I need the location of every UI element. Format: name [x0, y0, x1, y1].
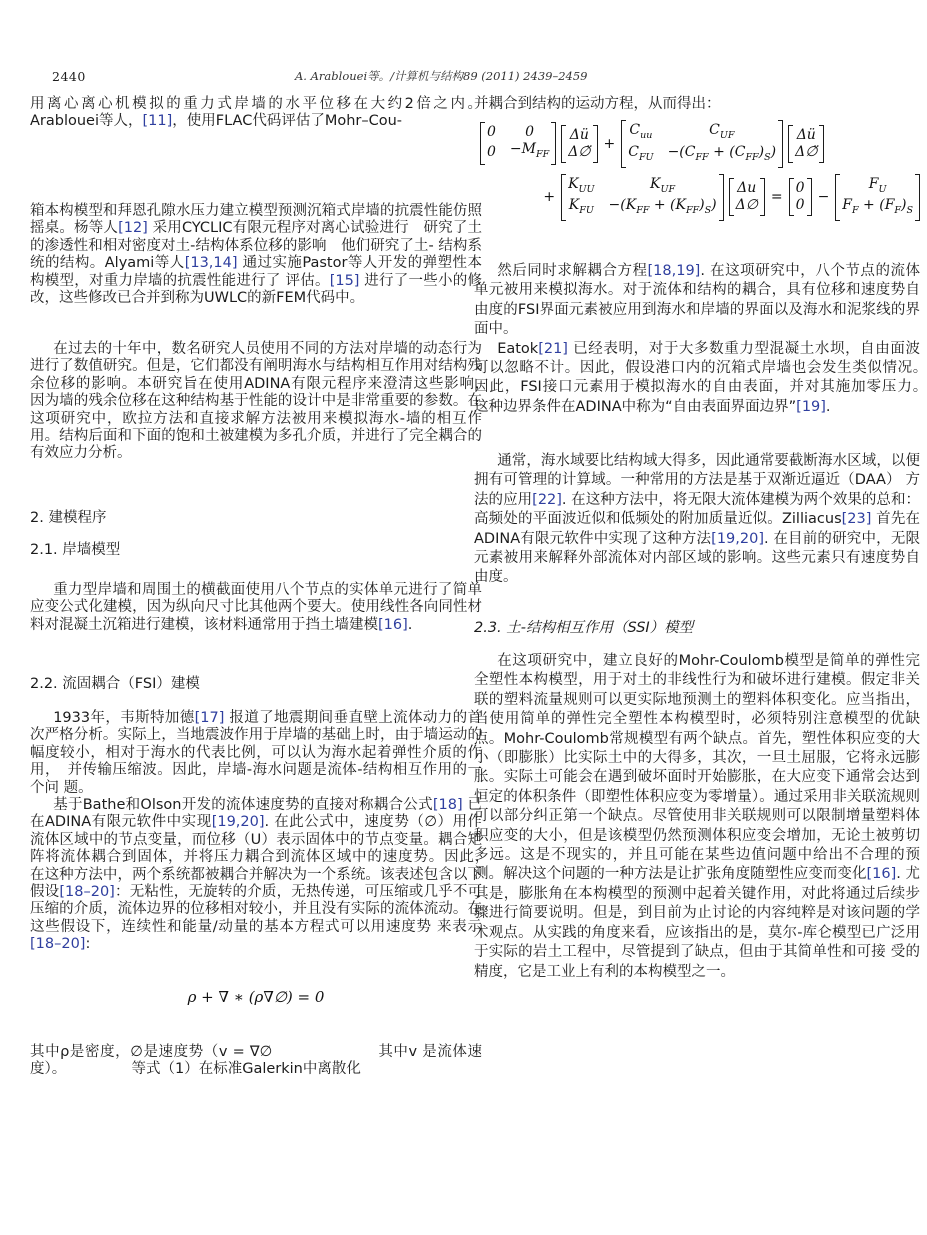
citation-link[interactable]: [19,20] [711, 531, 764, 547]
paragraph: Eatok[21] 已经表明，对于大多数重力型混凝土水坝，自由面波可以忽略不计。… [474, 340, 920, 418]
paragraph: 在过去的十年中，数名研究人员使用不同的方法对岸墙的动态行为进行了数值研究。但是，… [30, 341, 482, 463]
matrix-cell: KUF [650, 176, 675, 198]
citation-link[interactable]: [18] [433, 797, 463, 813]
text-segment: . [408, 617, 413, 633]
paper-page: 2440 A. Arablouei等。/计算机与结构89 (2011) 2439… [0, 0, 927, 1235]
equation-line-2: + KUU KUF KFU −(KFF + (KFF)S) Δu Δ∅ = 0 … [480, 174, 920, 222]
vector-cell: FF + (FF)S [842, 197, 913, 219]
paragraph: 其中ρ是密度，∅是速度势（v = ∇∅ 其中v 是流体速度）。 等式（1）在标准… [30, 1044, 482, 1079]
vector-cell: Δ∅̈ [568, 144, 590, 161]
paragraph: 箱本构模型和拜恩孔隙水压力建立模型预测沉箱式岸墙的抗震性能仿照摇桌。杨等人[12… [30, 203, 482, 307]
vector-cell: Δu [737, 180, 756, 197]
vector-disp: Δu Δ∅ [729, 178, 765, 216]
citation-link[interactable]: [18,19] [648, 263, 701, 279]
text-segment: . [826, 399, 831, 415]
left-paragraph-4: 重力型岸墙和周围土的横截面使用八个节点的实体单元进行了简单应变公式化建模，因为纵… [30, 582, 482, 634]
matrix-cell: 0 [487, 124, 496, 141]
citation-link[interactable]: [21] [538, 341, 568, 357]
citation-link[interactable]: [17] [195, 710, 225, 726]
text-segment: 重力型岸墙和周围土的横截面使用八个节点的实体单元进行了简单应变公式化建模，因为纵… [30, 582, 482, 633]
citation-link[interactable]: [19] [796, 399, 826, 415]
text-segment: 在这项研究中，建立良好的Mohr-Coulomb模型是简单的弹性完全塑性本构模型… [474, 653, 920, 882]
vector-accel: Δü Δ∅̈ [788, 125, 824, 163]
matrix-cell: KFU [569, 197, 594, 219]
page-number: 2440 [52, 69, 86, 84]
matrix-cell: CUF [709, 122, 734, 144]
matrix-stiffness: KUU KUF KFU −(KFF + (KFF)S) [561, 174, 724, 222]
citation-link[interactable]: [18–20] [30, 936, 85, 952]
matrix-cell: Cuu [629, 122, 652, 144]
vector-force: FU FF + (FF)S [835, 174, 920, 222]
vector-cell: Δü [570, 127, 589, 144]
left-paragraph-7: 其中ρ是密度，∅是速度势（v = ∇∅ 其中v 是流体速度）。 等式（1）在标准… [30, 1044, 482, 1079]
text-segment: . 尤其是，膨胀角在本构模型的预测中起着关键作用，对此将通过后续步骤进行简要说明… [474, 866, 920, 979]
section-heading-2-3: 2.3. 土-结构相互作用（SSI）模型 [474, 616, 693, 637]
plus-operator: + [542, 189, 556, 205]
paragraph: 1933年，韦斯特加德[17] 报道了地震期间垂直壁上流体动力的首次严格分析。实… [30, 710, 482, 797]
matrix-cell: −MFF [510, 141, 549, 163]
text-segment: 基于Bathe和Olson开发的流体速度势的直接对称耦合公式 [53, 797, 433, 813]
text-segment: 其中ρ是密度，∅是速度势（v = ∇∅ 其中v 是流体速度）。 等式（1）在标准… [30, 1044, 482, 1077]
citation-link[interactable]: [16] [866, 866, 896, 882]
vector-cell: Δ∅ [736, 197, 758, 214]
paragraph: 用离心离心机模拟的重力式岸墙的水平位移在大约2倍之内。Arablouei等人，[… [30, 96, 482, 131]
vector-accel: Δü Δ∅̈ [561, 125, 597, 163]
matrix-cell: CFU [628, 144, 653, 166]
matrix-cell: KUU [568, 176, 594, 198]
right-paragraph-4: 在这项研究中，建立良好的Mohr-Coulomb模型是简单的弹性完全塑性本构模型… [474, 652, 920, 982]
citation-link[interactable]: [12] [118, 220, 148, 236]
citation-link[interactable]: [11] [143, 113, 173, 129]
right-intro-line: 并耦合到结构的运动方程，从而得出： [474, 96, 920, 113]
section-heading-2-1: 2.1. 岸墙模型 [30, 538, 120, 559]
text-segment: : [85, 936, 90, 952]
right-paragraph-1-2: 然后同时求解耦合方程[18,19]. 在这项研究中，八个节点的流体单元被用来模拟… [474, 262, 920, 417]
citation-link[interactable]: [19,20] [212, 814, 265, 830]
citation-link[interactable]: [23] [842, 511, 872, 527]
paragraph: 然后同时求解耦合方程[18,19]. 在这项研究中，八个节点的流体单元被用来模拟… [474, 262, 920, 340]
paragraph: 重力型岸墙和周围土的横截面使用八个节点的实体单元进行了简单应变公式化建模，因为纵… [30, 582, 482, 634]
matrix-damping: Cuu CUF CFU −(CFF + (CFF)S) [621, 120, 783, 168]
left-paragraph-3: 在过去的十年中，数名研究人员使用不同的方法对岸墙的动态行为进行了数值研究。但是，… [30, 341, 482, 463]
vector-cell: Δü [797, 127, 816, 144]
running-header: A. Arablouei等。/计算机与结构89 (2011) 2439–2459 [295, 68, 587, 84]
text-segment: 在过去的十年中，数名研究人员使用不同的方法对岸墙的动态行为进行了数值研究。但是，… [30, 341, 497, 461]
equation-continuity: ρ + ∇ ∗ (ρ∇∅) = 0 [30, 988, 482, 1006]
left-paragraph-1: 用离心离心机模拟的重力式岸墙的水平位移在大约2倍之内。Arablouei等人，[… [30, 96, 482, 131]
equals-operator: = [770, 189, 784, 205]
text-segment: 然后同时求解耦合方程 [497, 263, 647, 279]
vector-cell: 0 [796, 180, 805, 197]
paragraph: 通常，海水域要比结构域大得多，因此通常要截断海水区域，以便拥有可管理的计算域。一… [474, 452, 920, 588]
right-paragraph-3: 通常，海水域要比结构域大得多，因此通常要截断海水区域，以便拥有可管理的计算域。一… [474, 452, 920, 588]
minus-operator: − [817, 189, 831, 205]
matrix-cell: −(CFF + (CFF)S) [668, 144, 777, 166]
section-heading-2: 2. 建模程序 [30, 506, 106, 527]
text-segment: 1933年，韦斯特加德 [53, 710, 194, 726]
matrix-cell: 0 [487, 144, 496, 161]
left-paragraph-2: 箱本构模型和拜恩孔隙水压力建立模型预测沉箱式岸墙的抗震性能仿照摇桌。杨等人[12… [30, 203, 482, 307]
citation-link[interactable]: [18–20] [59, 884, 114, 900]
matrix-mass: 0 0 0 −MFF [480, 122, 556, 165]
matrix-cell: −(KFF + (KFF)S) [609, 197, 717, 219]
vector-cell: Δ∅̈ [795, 144, 817, 161]
equation-coupled-system: 0 0 0 −MFF Δü Δ∅̈ + Cuu CUF CFU −(CFF + … [480, 120, 920, 221]
paragraph: 基于Bathe和Olson开发的流体速度势的直接对称耦合公式[18] 已在ADI… [30, 797, 482, 954]
text-segment: Eatok [497, 341, 538, 357]
equation-line-1: 0 0 0 −MFF Δü Δ∅̈ + Cuu CUF CFU −(CFF + … [480, 120, 920, 168]
matrix-cell: 0 [525, 124, 534, 141]
vector-cell: FU [869, 176, 887, 198]
vector-zero: 0 0 [789, 178, 812, 216]
text-segment: ，使用FLAC代码评估了Mohr–Cou- [172, 113, 402, 129]
citation-link[interactable]: [13,14] [185, 255, 238, 271]
vector-cell: 0 [796, 197, 805, 214]
citation-link[interactable]: [15] [330, 273, 360, 289]
left-paragraph-5-6: 1933年，韦斯特加德[17] 报道了地震期间垂直壁上流体动力的首次严格分析。实… [30, 710, 482, 954]
section-heading-2-2: 2.2. 流固耦合（FSI）建模 [30, 672, 200, 693]
citation-link[interactable]: [22] [532, 492, 562, 508]
citation-link[interactable]: [16] [378, 617, 408, 633]
paragraph: 在这项研究中，建立良好的Mohr-Coulomb模型是简单的弹性完全塑性本构模型… [474, 652, 920, 982]
plus-operator: + [603, 136, 617, 152]
